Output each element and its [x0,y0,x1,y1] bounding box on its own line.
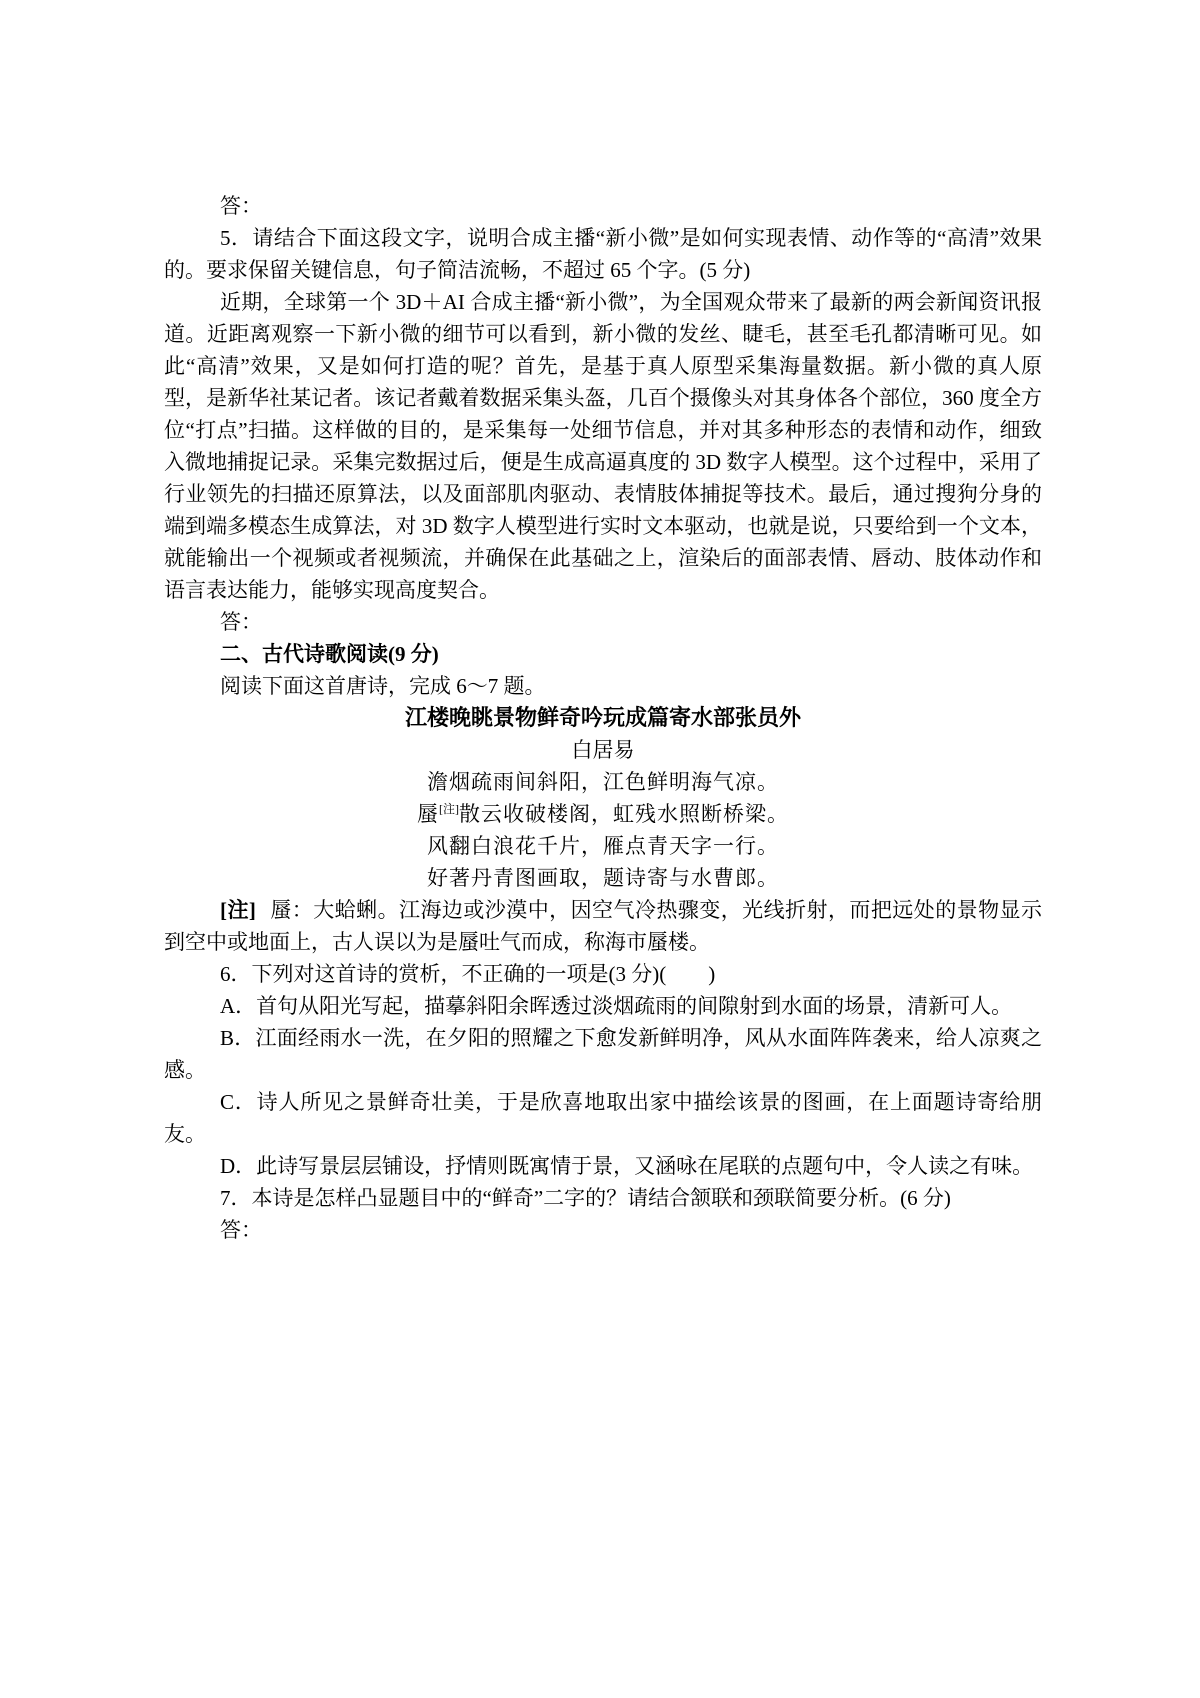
answer-label-q7: 答： [164,1214,1042,1246]
question-6-option-b: B．江面经雨水一洗，在夕阳的照耀之下愈发新鲜明净，风从水面阵阵袭来，给人凉爽之感… [164,1022,1042,1086]
answer-label-q5: 答： [164,606,1042,638]
poem-author: 白居易 [164,734,1042,766]
poem-line-2: 蜃[注]散云收破楼阁，虹残水照断桥梁。 [164,798,1042,830]
footnote-label: [注] [220,898,256,922]
question-6-option-d: D．此诗写景层层铺设，抒情则既寓情于景，又涵咏在尾联的点题句中，令人读之有味。 [164,1150,1042,1182]
poem-line-2-text: 蜃 [417,802,439,826]
section-heading-poetry: 二、古代诗歌阅读(9 分) [164,638,1042,670]
exam-page: 答： 5．请结合下面这段文字，说明合成主播“新小微”是如何实现表情、动作等的“高… [0,0,1200,1698]
poem-line-4: 好著丹青图画取，题诗寄与水曹郎。 [164,862,1042,894]
question-5-passage: 近期，全球第一个 3D＋AI 合成主播“新小微”，为全国观众带来了最新的两会新闻… [164,286,1042,606]
poem-title: 江楼晚眺景物鲜奇吟玩成篇寄水部张员外 [164,702,1042,734]
question-6-option-c: C．诗人所见之景鲜奇壮美，于是欣喜地取出家中描绘该景的图画，在上面题诗寄给朋友。 [164,1086,1042,1150]
question-6-stem: 6．下列对这首诗的赏析，不正确的一项是(3 分)( ) [164,958,1042,990]
reading-instruction: 阅读下面这首唐诗，完成 6～7 题。 [164,670,1042,702]
answer-label-top: 答： [164,190,1042,222]
footnote-text: 蜃：大蛤蜊。江海边或沙漠中，因空气冷热骤变，光线折射，而把远处的景物显示到空中或… [164,898,1042,954]
question-7-stem: 7．本诗是怎样凸显题目中的“鲜奇”二字的？请结合颔联和颈联简要分析。(6 分) [164,1182,1042,1214]
poem-line-1: 澹烟疏雨间斜阳，江色鲜明海气凉。 [164,766,1042,798]
question-5-prompt: 5．请结合下面这段文字，说明合成主播“新小微”是如何实现表情、动作等的“高清”效… [164,222,1042,286]
poem-note-marker: [注] [439,802,459,816]
poem-footnote: [注]蜃：大蛤蜊。江海边或沙漠中，因空气冷热骤变，光线折射，而把远处的景物显示到… [164,894,1042,958]
poem-line-2-rest: 散云收破楼阁，虹残水照断桥梁。 [459,802,789,826]
poem-line-3: 风翻白浪花千片，雁点青天字一行。 [164,830,1042,862]
question-6-option-a: A．首句从阳光写起，描摹斜阳余晖透过淡烟疏雨的间隙射到水面的场景，清新可人。 [164,990,1042,1022]
